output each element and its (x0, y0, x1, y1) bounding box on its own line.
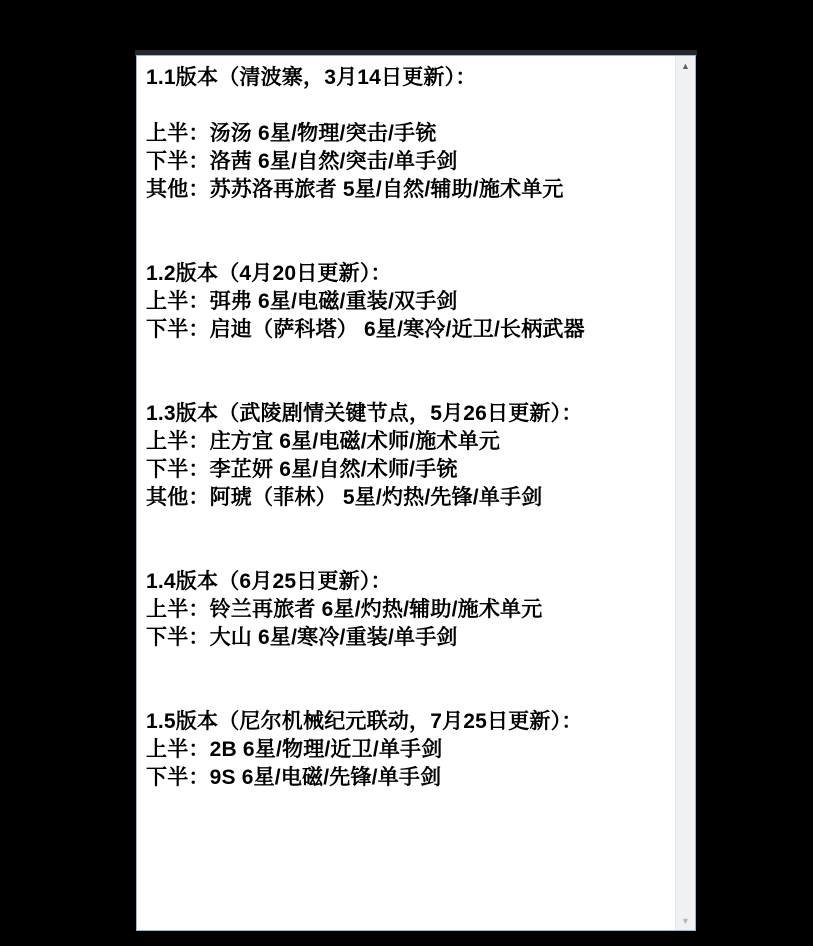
text-line (146, 680, 671, 708)
text-line: 下半：洛茜 6星/自然/突击/单手剑 (146, 148, 671, 176)
text-line: 1.2版本（4月20日更新）： (146, 260, 671, 288)
text-line (146, 372, 671, 400)
version-notes-panel: 1.1版本（清波寨，3月14日更新）：上半：汤汤 6星/物理/突击/手铳下半：洛… (136, 55, 696, 931)
text-line: 下半：9S 6星/电磁/先锋/单手剑 (146, 764, 671, 792)
text-line: 其他：苏苏洛再旅者 5星/自然/辅助/施术单元 (146, 176, 671, 204)
text-line: 上半：弭弗 6星/电磁/重装/双手剑 (146, 288, 671, 316)
text-line (146, 232, 671, 260)
scroll-up-button[interactable]: ▲ (676, 56, 695, 75)
text-line: 1.1版本（清波寨，3月14日更新）： (146, 64, 671, 92)
vertical-scrollbar[interactable]: ▲ ▼ (675, 56, 695, 930)
scroll-down-icon: ▼ (681, 916, 690, 926)
text-line: 上半：庄方宜 6星/电磁/术师/施术单元 (146, 428, 671, 456)
text-line: 下半：李芷妍 6星/自然/术师/手铳 (146, 456, 671, 484)
text-line (146, 512, 671, 540)
text-line: 其他：阿琥（菲林） 5星/灼热/先锋/单手剑 (146, 484, 671, 512)
text-line: 1.4版本（6月25日更新）： (146, 568, 671, 596)
scroll-down-button[interactable]: ▼ (676, 911, 695, 930)
text-line: 1.5版本（尼尔机械纪元联动，7月25日更新）： (146, 708, 671, 736)
text-line: 上半：铃兰再旅者 6星/灼热/辅助/施术单元 (146, 596, 671, 624)
scrollbar-track[interactable] (676, 75, 695, 911)
version-notes-text-area[interactable]: 1.1版本（清波寨，3月14日更新）：上半：汤汤 6星/物理/突击/手铳下半：洛… (137, 56, 675, 930)
scroll-up-icon: ▲ (681, 61, 690, 71)
text-line: 上半：2B 6星/物理/近卫/单手剑 (146, 736, 671, 764)
text-line (146, 652, 671, 680)
text-line (146, 540, 671, 568)
screen: 1.1版本（清波寨，3月14日更新）：上半：汤汤 6星/物理/突击/手铳下半：洛… (0, 0, 813, 946)
text-line (146, 344, 671, 372)
text-line: 上半：汤汤 6星/物理/突击/手铳 (146, 120, 671, 148)
text-line: 1.3版本（武陵剧情关键节点，5月26日更新）： (146, 400, 671, 428)
text-line: 下半：启迪（萨科塔） 6星/寒冷/近卫/长柄武器 (146, 316, 671, 344)
text-line (146, 204, 671, 232)
text-line: 下半：大山 6星/寒冷/重装/单手剑 (146, 624, 671, 652)
text-line (146, 92, 671, 120)
